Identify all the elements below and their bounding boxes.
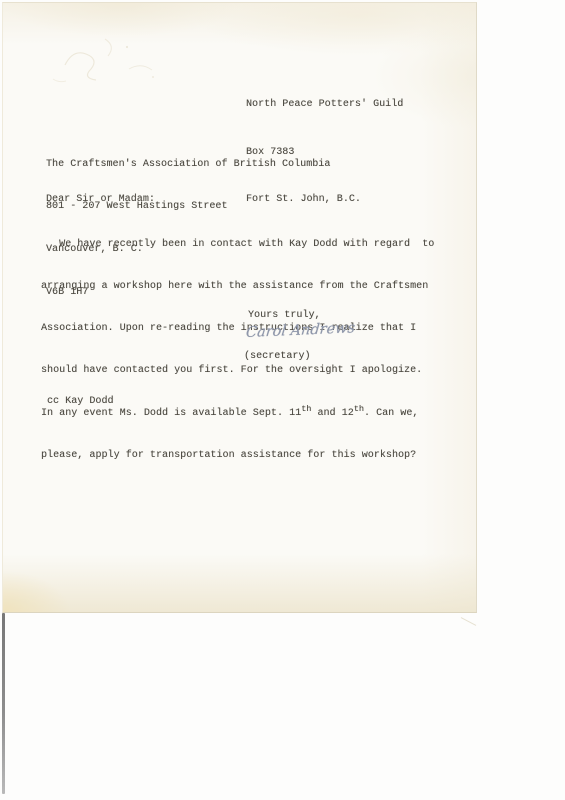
underlying-page-edge bbox=[2, 613, 5, 794]
superscript-ordinal: th bbox=[301, 404, 311, 414]
letter-page: North Peace Potters' Guild Box 7383 Fort… bbox=[2, 2, 477, 613]
closing-phrase: Yours truly, bbox=[248, 309, 321, 323]
pencil-scribble-mark bbox=[33, 17, 183, 107]
body-line-text: and 12 bbox=[311, 408, 353, 419]
body-line-text: . Can we, bbox=[364, 408, 418, 419]
scan-background: North Peace Potters' Guild Box 7383 Fort… bbox=[0, 0, 565, 800]
recipient-name: The Craftsmen's Association of British C… bbox=[46, 158, 330, 172]
body-line: should have contacted you first. For the… bbox=[41, 364, 434, 378]
sender-name: North Peace Potters' Guild bbox=[246, 97, 403, 113]
body-line: please, apply for transportation assista… bbox=[41, 449, 434, 463]
cc-line: cc Kay Dodd bbox=[47, 395, 114, 409]
salutation: Dear Sir or Madam: bbox=[46, 193, 155, 207]
body-line-text: In any event Ms. Dodd is available Sept.… bbox=[41, 408, 301, 419]
signer-title: (secretary) bbox=[244, 350, 311, 364]
fold-mark bbox=[461, 617, 476, 626]
superscript-ordinal: th bbox=[354, 404, 364, 414]
body-line: We have recently been in contact with Ka… bbox=[41, 238, 434, 252]
letter-body: We have recently been in contact with Ka… bbox=[41, 210, 434, 491]
body-line: arranging a workshop here with the assis… bbox=[41, 280, 434, 294]
